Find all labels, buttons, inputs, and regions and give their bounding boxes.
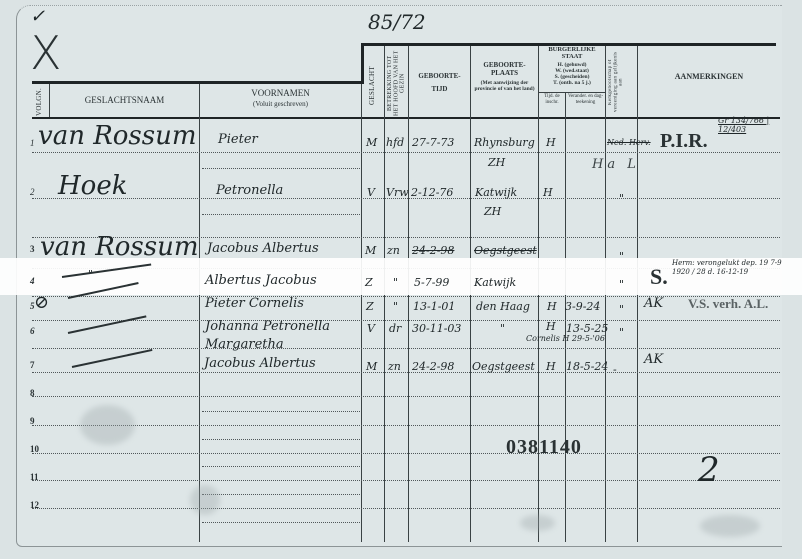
remarks: AK [644, 352, 663, 367]
row-rule [32, 453, 780, 454]
birth-date: 13-1-01 [413, 300, 455, 313]
header-step-rule [361, 43, 364, 84]
cross-mark: X [30, 30, 62, 76]
header-aanmerkingen: AANMERKINGEN [638, 73, 780, 81]
relation: Vrw [386, 186, 409, 199]
header-voornamen-sub: (Voluit geschreven) [200, 100, 361, 108]
relation: " [393, 276, 398, 289]
first-names: Jacobus Albertus [204, 356, 316, 371]
status-date: 18-5-24 [566, 360, 608, 373]
col-divider [565, 92, 566, 542]
annotation-circle: ⊘ [34, 292, 49, 313]
religion: " [619, 250, 624, 263]
checkmark: ✓ [30, 6, 45, 27]
birth-place: Katwijk [475, 186, 517, 199]
header-betrekking: BETREKKING TOT HET HOOFD VAN HET GEZIN [387, 50, 407, 116]
birth-date: 30-11-03 [412, 322, 461, 335]
row-number: 10 [30, 444, 39, 454]
header-geboorteplaats-2: PLAATS [471, 70, 538, 77]
stain [700, 515, 760, 537]
header-kerkgenootschap: Kerkgenootschap of vereeniging aan gelij… [608, 48, 634, 116]
sub-rule [202, 411, 360, 412]
status-date: 3-9-24 [565, 300, 600, 313]
birth-place: den Haag [476, 300, 530, 313]
surname: van Rossum [38, 121, 197, 151]
header-burgerlijke-staat: BURGERLIJKE STAAT [539, 47, 605, 61]
stain [80, 405, 135, 445]
row-number: 8 [30, 388, 35, 398]
remarks: AK [644, 296, 663, 311]
header-geboortetijd: GEBOORTE- [409, 73, 470, 80]
religion: " [619, 303, 624, 316]
archive-number: 0381140 [506, 436, 582, 459]
birth-date: 5-7-99 [414, 276, 449, 289]
surname: van Rossum [40, 232, 199, 262]
stain [520, 515, 555, 531]
row-number: 11 [30, 472, 39, 482]
bs-subheader-rule [538, 92, 605, 93]
row-number: 1 [30, 138, 35, 148]
remarks-stamp: P.I.R. [660, 130, 708, 153]
header-geslachtsnaam: GESLACHTSNAAM [50, 96, 199, 105]
birth-province: ZH [488, 156, 505, 169]
row-number: 12 [30, 500, 39, 510]
first-names: Albertus Jacobus [205, 273, 317, 288]
sex: V [367, 186, 375, 199]
header-bs-tijd: Tijd. de inschr. [539, 94, 565, 105]
relation: zn [387, 244, 400, 257]
first-names: Jacobus Albertus [207, 241, 319, 256]
row-number: 7 [30, 360, 35, 370]
header-geboorteplaats-sub: (Met aanwijzing der provincie of van het… [473, 80, 536, 92]
remarks-note: V.S. verh. A.L. [688, 296, 768, 312]
birth-place: Katwijk [474, 276, 516, 289]
header-voornamen: VOORNAMEN [200, 89, 361, 98]
birth-date: 27-7-73 [412, 136, 454, 149]
civil-status: H [546, 360, 556, 373]
row-rule [32, 372, 780, 373]
civil-status: H [547, 300, 557, 313]
birth-date: 2-12-76 [411, 186, 453, 199]
first-names: Petronella [216, 183, 283, 198]
sex: Z [366, 300, 374, 313]
row-number: 3 [30, 244, 35, 254]
header-volgn: VOLGN. [36, 88, 43, 116]
row-rule [32, 296, 780, 297]
sex: Z [365, 276, 373, 289]
header-bs-codes: H. (gehuwd)W. (wed.staat)S. (gescheiden)… [539, 62, 605, 86]
sub-rule [202, 466, 360, 467]
religion: " [619, 192, 624, 205]
status-note: Cornelis H 29-5-'06 [526, 334, 605, 343]
sub-rule [202, 168, 360, 169]
row-rule [32, 396, 780, 397]
header-geboortetijd-2: TIJD [409, 86, 470, 93]
header-bottom-rule [32, 117, 780, 119]
first-names: Pieter [218, 132, 258, 147]
surname: Hoek [58, 171, 127, 201]
religion: " [619, 326, 624, 339]
header-geslacht: GESLACHT [369, 58, 376, 114]
birth-place: Oegstgeest [472, 360, 535, 373]
header-bs-verander: Verander. en dag-teekening [566, 94, 605, 105]
row-rule [32, 348, 780, 349]
row-rule [32, 508, 780, 509]
header-top-rule-left [32, 81, 362, 84]
remarks-note: Gr 134/766 | 12/403 [718, 116, 798, 134]
sex: M [366, 360, 377, 373]
row-number: 9 [30, 416, 35, 426]
birth-date: 24-2-98 [412, 360, 454, 373]
birth-place: " [500, 322, 505, 335]
birth-date: 24-2-98 [412, 244, 454, 257]
row-number: 2 [30, 187, 35, 197]
first-names: Pieter Cornelis [205, 296, 304, 311]
bottom-mark: 2 [698, 450, 720, 490]
sub-rule [202, 214, 360, 215]
remarks-stamp: S. [650, 264, 668, 290]
sub-rule [202, 439, 360, 440]
relation: dr [389, 322, 401, 335]
relation: hfd [386, 136, 404, 149]
stain [190, 485, 220, 515]
first-names: Johanna Petronella Margaretha [205, 318, 360, 353]
sex: M [366, 136, 377, 149]
row-rule [32, 320, 780, 321]
civil-status: H [546, 320, 556, 333]
row-number: 4 [30, 276, 35, 286]
religion: " [619, 278, 624, 291]
civil-status: H [546, 136, 556, 149]
religion: Ned. Herv. [607, 138, 651, 147]
birth-place: Rhynsburg [474, 136, 535, 149]
row-rule [32, 425, 780, 426]
sex: M [365, 244, 376, 257]
sub-rule [202, 522, 360, 523]
relation: zn [388, 360, 401, 373]
birth-province: ZH [484, 205, 501, 218]
sub-rule [202, 494, 360, 495]
remarks-note: Herm: verongelukt dep. 19 7-9 1920 / 28 … [672, 259, 800, 277]
row-number: 6 [30, 326, 35, 336]
religion-alt: Ha L [592, 157, 640, 172]
reference-number: 85/72 [368, 10, 426, 34]
civil-status: H [543, 186, 553, 199]
birth-place: Oegstgeest [474, 244, 537, 257]
relation: " [393, 300, 398, 313]
surname-ditto: " [88, 268, 93, 281]
religion: ‐ [613, 363, 617, 376]
row-rule [32, 480, 780, 481]
sex: V [367, 322, 375, 335]
